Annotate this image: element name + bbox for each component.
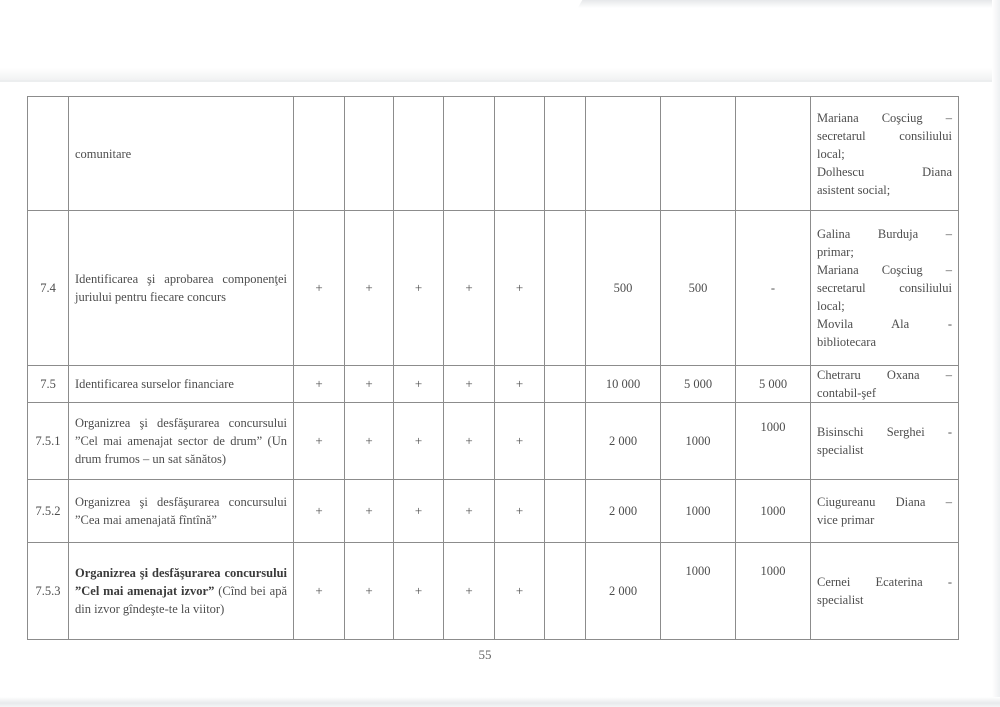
period-mark: + [394, 366, 444, 403]
period-mark: + [444, 211, 495, 366]
row-number: 7.5.1 [28, 403, 69, 480]
period-mark: + [345, 480, 394, 543]
responsible-cell: Bisinschi Serghei -specialist [811, 403, 959, 480]
responsible-line: Bisinschi Serghei - [817, 423, 952, 441]
period-mark: + [495, 366, 545, 403]
scan-right-edge [992, 0, 1000, 707]
activity-cell: Identificarea şi aprobarea componenţei j… [69, 211, 294, 366]
responsible-line: Mariana Coşciug – [817, 109, 952, 127]
cost-value: 1000 [686, 504, 711, 518]
cost-value: - [771, 281, 775, 295]
row-number [28, 97, 69, 211]
responsible-line: Ciugureanu Diana – [817, 493, 952, 511]
responsible-line: specialist [817, 591, 952, 609]
responsible-cell: Cernei Ecaterina -specialist [811, 543, 959, 640]
period-mark: + [294, 403, 345, 480]
cost-value: 2 000 [609, 504, 637, 518]
cost-value: 1000 [686, 434, 711, 448]
responsible-line: Movila Ala - [817, 315, 952, 333]
row-number: 7.5 [28, 366, 69, 403]
period-mark: + [495, 543, 545, 640]
cost-value: 2 000 [609, 434, 637, 448]
cost-total: 500 [586, 211, 661, 366]
cost-total [586, 97, 661, 211]
period-mark: + [495, 211, 545, 366]
responsible-line: local; [817, 145, 952, 163]
cost-budget-local [661, 97, 736, 211]
table-row: 7.5.1Organizrea şi desfăşurarea concursu… [28, 403, 959, 480]
activity-text: Organizrea şi desfăşurarea concursului ”… [75, 495, 287, 527]
period-mark: + [444, 543, 495, 640]
responsible-line: Dolhescu Diana [817, 163, 952, 181]
cost-value: 5 000 [759, 377, 787, 391]
cost-budget-local: 500 [661, 211, 736, 366]
responsible-cell: Mariana Coşciug –secretarul consiliuluil… [811, 97, 959, 211]
cost-value: 10 000 [606, 377, 640, 391]
responsible-line: Mariana Coşciug – [817, 261, 952, 279]
cost-other-sources: 1000 [736, 543, 811, 640]
activity-cell: Organizrea şi desfăşurarea concursului ”… [69, 480, 294, 543]
cost-value: 500 [689, 281, 708, 295]
period-mark: + [294, 543, 345, 640]
responsible-line: secretarul consiliului [817, 279, 952, 297]
period-mark [444, 97, 495, 211]
responsible-line: vice primar [817, 511, 952, 529]
activity-text: Identificarea surselor financiare [75, 377, 234, 391]
activity-cell: Organizrea şi desfăşurarea concursului ”… [69, 403, 294, 480]
table-row: 7.5Identificarea surselor financiare++++… [28, 366, 959, 403]
cost-other-sources: 5 000 [736, 366, 811, 403]
activity-cell: comunitare [69, 97, 294, 211]
table-row: comunitareMariana Coşciug –secretarul co… [28, 97, 959, 211]
cost-value: 500 [614, 281, 633, 295]
empty-cell [545, 480, 586, 543]
period-mark: + [294, 480, 345, 543]
period-mark: + [345, 403, 394, 480]
cost-other-sources: - [736, 211, 811, 366]
empty-cell [545, 97, 586, 211]
cost-budget-local: 1000 [661, 480, 736, 543]
period-mark: + [345, 211, 394, 366]
cost-total: 2 000 [586, 480, 661, 543]
responsible-line: primar; [817, 243, 952, 261]
cost-value: 5 000 [684, 377, 712, 391]
cost-other-sources: 1000 [736, 403, 811, 480]
row-number: 7.4 [28, 211, 69, 366]
period-mark: + [294, 211, 345, 366]
period-mark [495, 97, 545, 211]
empty-cell [545, 211, 586, 366]
page-number: 55 [0, 647, 970, 663]
responsible-line: Chetraru Oxana – [817, 366, 952, 384]
scan-edge-shadow [578, 0, 1000, 8]
period-mark: + [394, 543, 444, 640]
empty-cell [545, 403, 586, 480]
cost-budget-local: 1000 [661, 403, 736, 480]
responsible-cell: Chetraru Oxana –contabil-şef [811, 366, 959, 403]
period-mark: + [394, 403, 444, 480]
responsible-line: Galina Burduja – [817, 225, 952, 243]
period-mark: + [345, 543, 394, 640]
responsible-line: local; [817, 297, 952, 315]
cost-total: 2 000 [586, 403, 661, 480]
activity-text: Organizrea şi desfăşurarea concursului ”… [75, 416, 287, 466]
scan-fold-line [0, 80, 1000, 82]
cost-other-sources [736, 97, 811, 211]
responsible-line: specialist [817, 441, 952, 459]
period-mark [345, 97, 394, 211]
row-number: 7.5.2 [28, 480, 69, 543]
responsible-line: secretarul consiliului [817, 127, 952, 145]
cost-value: 1000 [761, 562, 786, 580]
responsible-cell: Galina Burduja –primar;Mariana Coşciug –… [811, 211, 959, 366]
period-mark: + [345, 366, 394, 403]
cost-other-sources: 1000 [736, 480, 811, 543]
activity-text: Identificarea şi aprobarea componenţei j… [75, 272, 287, 304]
action-plan-table: comunitareMariana Coşciug –secretarul co… [27, 96, 959, 640]
period-mark: + [394, 480, 444, 543]
responsible-line: Cernei Ecaterina - [817, 573, 952, 591]
period-mark: + [495, 403, 545, 480]
responsible-line: asistent social; [817, 181, 952, 199]
cost-budget-local: 5 000 [661, 366, 736, 403]
responsible-cell: Ciugureanu Diana –vice primar [811, 480, 959, 543]
period-mark: + [394, 211, 444, 366]
activity-cell: Organizrea şi desfăşurarea concursului ”… [69, 543, 294, 640]
period-mark [394, 97, 444, 211]
period-mark: + [444, 403, 495, 480]
scan-bottom-edge [0, 697, 1000, 707]
cost-value: 1000 [686, 562, 711, 580]
cost-total: 2 000 [586, 543, 661, 640]
period-mark: + [294, 366, 345, 403]
cost-total: 10 000 [586, 366, 661, 403]
responsible-line: contabil-şef [817, 384, 952, 402]
period-mark: + [444, 480, 495, 543]
table-row: 7.4Identificarea şi aprobarea componenţe… [28, 211, 959, 366]
period-mark: + [444, 366, 495, 403]
row-number: 7.5.3 [28, 543, 69, 640]
table-row: 7.5.2Organizrea şi desfăşurarea concursu… [28, 480, 959, 543]
period-mark [294, 97, 345, 211]
cost-value: 1000 [761, 418, 786, 436]
activity-cell: Identificarea surselor financiare [69, 366, 294, 403]
empty-cell [545, 543, 586, 640]
activity-text: comunitare [75, 147, 131, 161]
scan-top-margin [0, 0, 1000, 80]
period-mark: + [495, 480, 545, 543]
cost-value: 1000 [761, 504, 786, 518]
cost-budget-local: 1000 [661, 543, 736, 640]
cost-value: 2 000 [609, 584, 637, 598]
responsible-line: bibliotecara [817, 333, 952, 351]
table-row: 7.5.3Organizrea şi desfăşurarea concursu… [28, 543, 959, 640]
empty-cell [545, 366, 586, 403]
